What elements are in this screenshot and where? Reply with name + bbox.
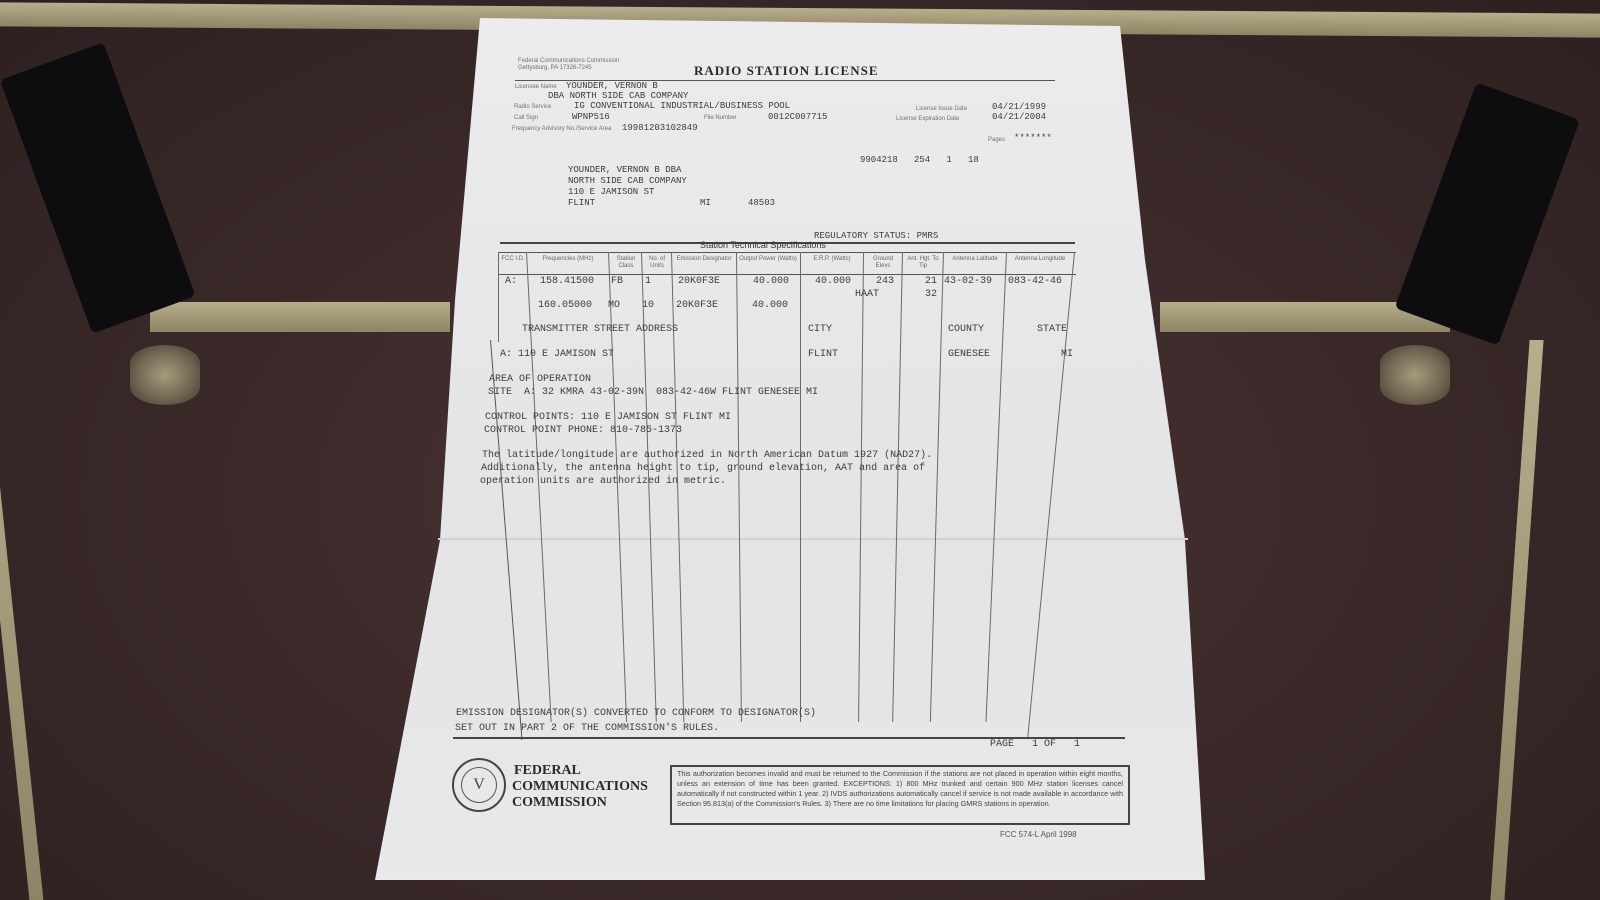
table-leg-foot-left — [130, 345, 200, 405]
table-leg-foot-right — [1380, 345, 1450, 405]
table-crossbar-left — [150, 302, 450, 332]
